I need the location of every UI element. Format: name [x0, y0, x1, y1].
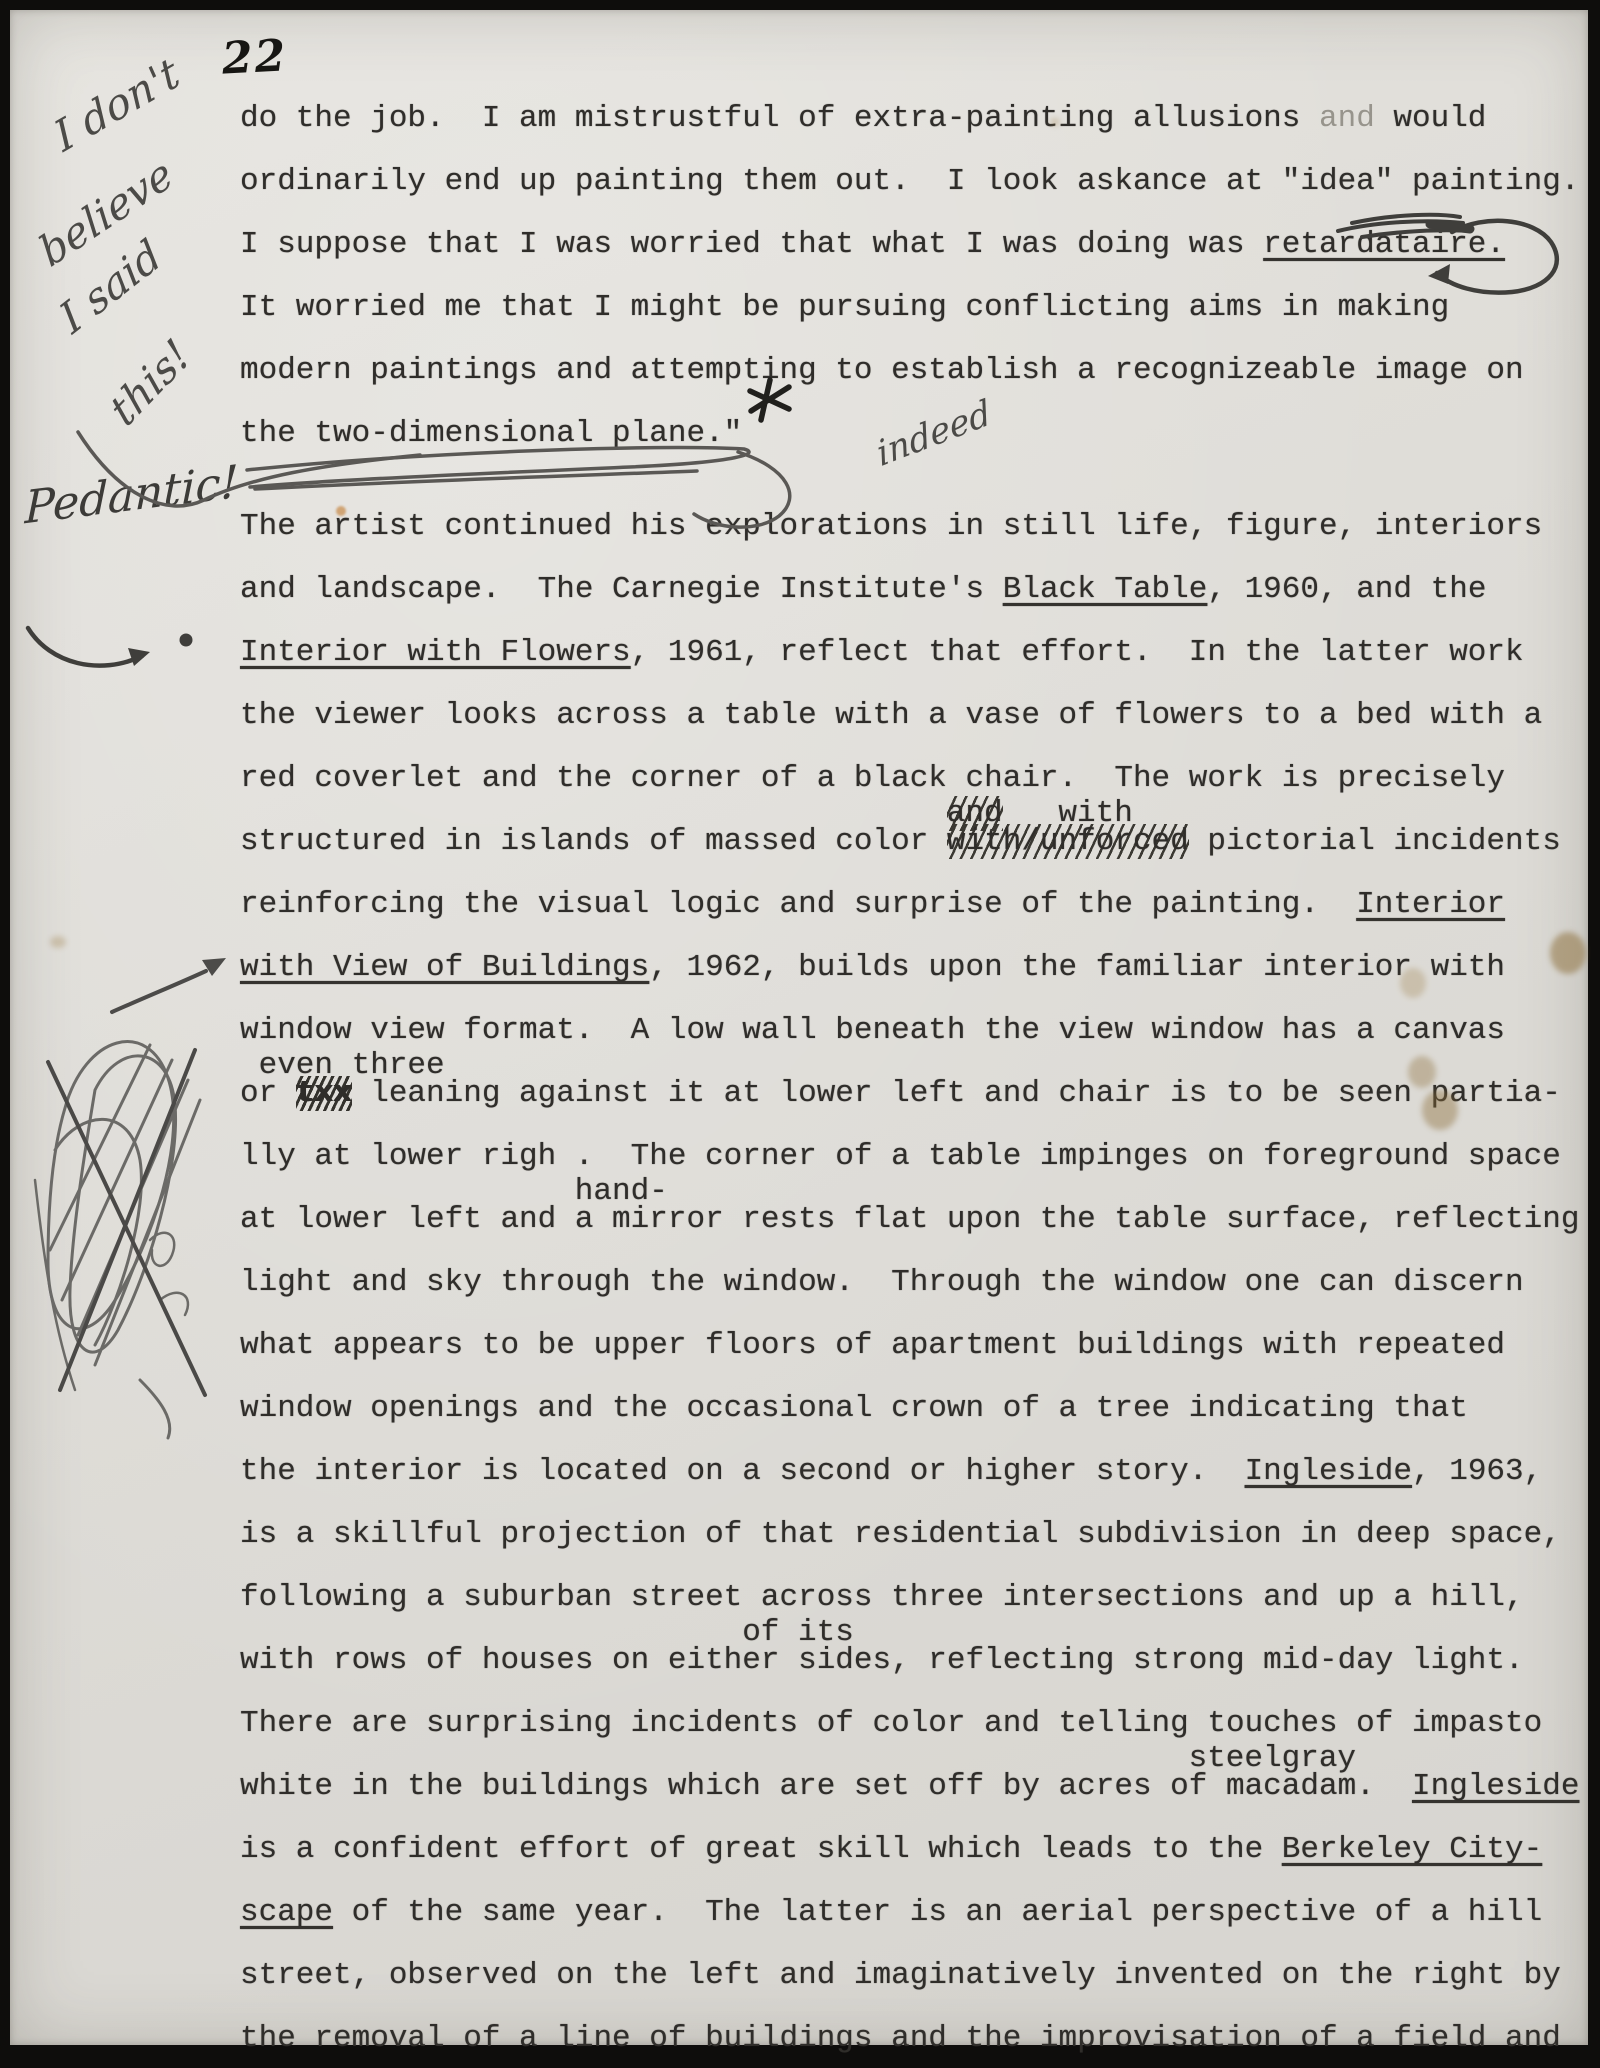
stain: [50, 936, 66, 948]
typed-line: what appears to be upper floors of apart…: [240, 1329, 1505, 1363]
typed-text: ordinarily end up painting them out. I l…: [240, 164, 1579, 199]
typed-line: the viewer looks across a table with a v…: [240, 699, 1542, 733]
stain: [1408, 1056, 1436, 1088]
underlined-text: Interior: [1356, 887, 1505, 922]
typed-text: the removal of a line of buildings and t…: [240, 2021, 1561, 2056]
typed-text: lly at lower righ . The corner of a tabl…: [240, 1139, 1561, 1174]
typed-line: window openings and the occasional crown…: [240, 1392, 1468, 1426]
struck-text: and: [947, 796, 1003, 831]
stain: [1050, 118, 1060, 126]
typed-line: red coverlet and the corner of a black c…: [240, 762, 1505, 796]
typed-text: structured in islands of massed color: [240, 824, 947, 859]
typed-line: The artist continued his explorations in…: [240, 510, 1542, 544]
underlined-text: Interior with Flowers: [240, 635, 631, 670]
stain: [336, 506, 346, 516]
typed-insert-line: hand-: [575, 1175, 668, 1209]
typed-line: ordinarily end up painting them out. I l…: [240, 165, 1579, 199]
typed-text: [1003, 796, 1059, 831]
typed-line: It worried me that I might be pursuing c…: [240, 291, 1449, 325]
underlined-text: scape: [240, 1895, 333, 1930]
typed-text: is a skillful projection of that residen…: [240, 1517, 1561, 1552]
underlined-text: Ingleside: [1245, 1454, 1412, 1489]
typed-text: at lower left and a mirror rests flat up…: [240, 1202, 1579, 1237]
stain: [1550, 932, 1586, 974]
typed-text-layer: do the job. I am mistrustful of extra-pa…: [0, 0, 1600, 2068]
typed-text: , 1963,: [1412, 1454, 1542, 1489]
typed-line: the removal of a line of buildings and t…: [240, 2022, 1561, 2056]
scanned-manuscript-page: { "page": { "number": "22" }, "annotatio…: [0, 0, 1600, 2068]
typed-insert-line: even three: [259, 1049, 445, 1083]
underlined-text: Ingleside: [1412, 1769, 1579, 1804]
typed-text: There are surprising incidents of color …: [240, 1706, 1542, 1741]
typed-text: what appears to be upper floors of apart…: [240, 1328, 1505, 1363]
typed-line: with rows of houses on either sides, ref…: [240, 1644, 1524, 1678]
typed-text: modern paintings and attempting to estab…: [240, 353, 1524, 388]
typed-text: with: [1058, 796, 1132, 831]
typed-insert-line: steelgray: [1189, 1742, 1356, 1776]
typed-text: even three: [259, 1048, 445, 1083]
stain: [1400, 968, 1426, 998]
typed-text: do the job. I am mistrustful of extra-pa…: [240, 101, 1319, 136]
typed-text: hand-: [575, 1174, 668, 1209]
typed-line: at lower left and a mirror rests flat up…: [240, 1203, 1579, 1237]
typed-text: It worried me that I might be pursuing c…: [240, 290, 1449, 325]
typed-text: street, observed on the left and imagina…: [240, 1958, 1561, 1993]
typed-insert-line: of its: [742, 1616, 854, 1650]
typed-text: window view format. A low wall beneath t…: [240, 1013, 1505, 1048]
typed-line: with View of Buildings, 1962, builds upo…: [240, 951, 1505, 985]
typed-text: the viewer looks across a table with a v…: [240, 698, 1542, 733]
typed-line: is a skillful projection of that residen…: [240, 1518, 1561, 1552]
typed-line: structured in islands of massed color wi…: [240, 825, 1561, 859]
typed-line: the interior is located on a second or h…: [240, 1455, 1542, 1489]
typed-text: of the same year. The latter is an aeria…: [333, 1895, 1542, 1930]
underlined-text: retardataire.: [1263, 227, 1505, 262]
typed-text: the interior is located on a second or h…: [240, 1454, 1245, 1489]
typed-text: and landscape. The Carnegie Institute's: [240, 572, 1003, 607]
typed-line: white in the buildings which are set off…: [240, 1770, 1579, 1804]
typed-line: Interior with Flowers, 1961, reflect tha…: [240, 636, 1524, 670]
typed-text: is a confident effort of great skill whi…: [240, 1832, 1282, 1867]
typed-line: There are surprising incidents of color …: [240, 1707, 1542, 1741]
typed-line: following a suburban street across three…: [240, 1581, 1524, 1615]
typed-text: The artist continued his explorations in…: [240, 509, 1542, 544]
typed-line: street, observed on the left and imagina…: [240, 1959, 1561, 1993]
underlined-text: Berkeley City-: [1282, 1832, 1542, 1867]
underlined-text: Black Table: [1003, 572, 1208, 607]
paper-sheet: 22 I don't believe I said this! Pedantic…: [10, 10, 1588, 2045]
typed-text: , 1961, reflect that effort. In the latt…: [631, 635, 1524, 670]
typed-line: window view format. A low wall beneath t…: [240, 1014, 1505, 1048]
typed-text: steelgray: [1189, 1741, 1356, 1776]
typed-line: is a confident effort of great skill whi…: [240, 1833, 1542, 1867]
typed-line: reinforcing the visual logic and surpris…: [240, 888, 1505, 922]
typed-line: modern paintings and attempting to estab…: [240, 354, 1524, 388]
typed-text: , 1960, and the: [1207, 572, 1486, 607]
typed-text: leaning against it at lower left and cha…: [352, 1076, 1561, 1111]
typed-text: pictorial incidents: [1189, 824, 1561, 859]
typed-line: light and sky through the window. Throug…: [240, 1266, 1524, 1300]
typed-line: the two-dimensional plane.": [240, 417, 742, 451]
typed-line: do the job. I am mistrustful of extra-pa…: [240, 102, 1486, 136]
typed-text: , 1962, builds upon the familiar interio…: [649, 950, 1505, 985]
typed-text: light and sky through the window. Throug…: [240, 1265, 1524, 1300]
typed-line: lly at lower righ . The corner of a tabl…: [240, 1140, 1561, 1174]
typed-text: red coverlet and the corner of a black c…: [240, 761, 1505, 796]
typed-text: would: [1375, 101, 1487, 136]
typed-text: window openings and the occasional crown…: [240, 1391, 1468, 1426]
typed-text: reinforcing the visual logic and surpris…: [240, 887, 1356, 922]
typed-text: following a suburban street across three…: [240, 1580, 1524, 1615]
typed-insert-line: and with: [947, 797, 1133, 831]
typed-text: and: [1319, 101, 1375, 136]
typed-text: of its: [742, 1615, 854, 1650]
typed-text: with rows of houses on either sides, ref…: [240, 1643, 1524, 1678]
typed-line: scape of the same year. The latter is an…: [240, 1896, 1542, 1930]
underlined-text: with View of Buildings: [240, 950, 649, 985]
stain: [1422, 1090, 1458, 1130]
typed-line: and landscape. The Carnegie Institute's …: [240, 573, 1486, 607]
typed-text: the two-dimensional plane.": [240, 416, 742, 451]
typed-text: I suppose that I was worried that what I…: [240, 227, 1263, 262]
typed-line: I suppose that I was worried that what I…: [240, 228, 1505, 262]
